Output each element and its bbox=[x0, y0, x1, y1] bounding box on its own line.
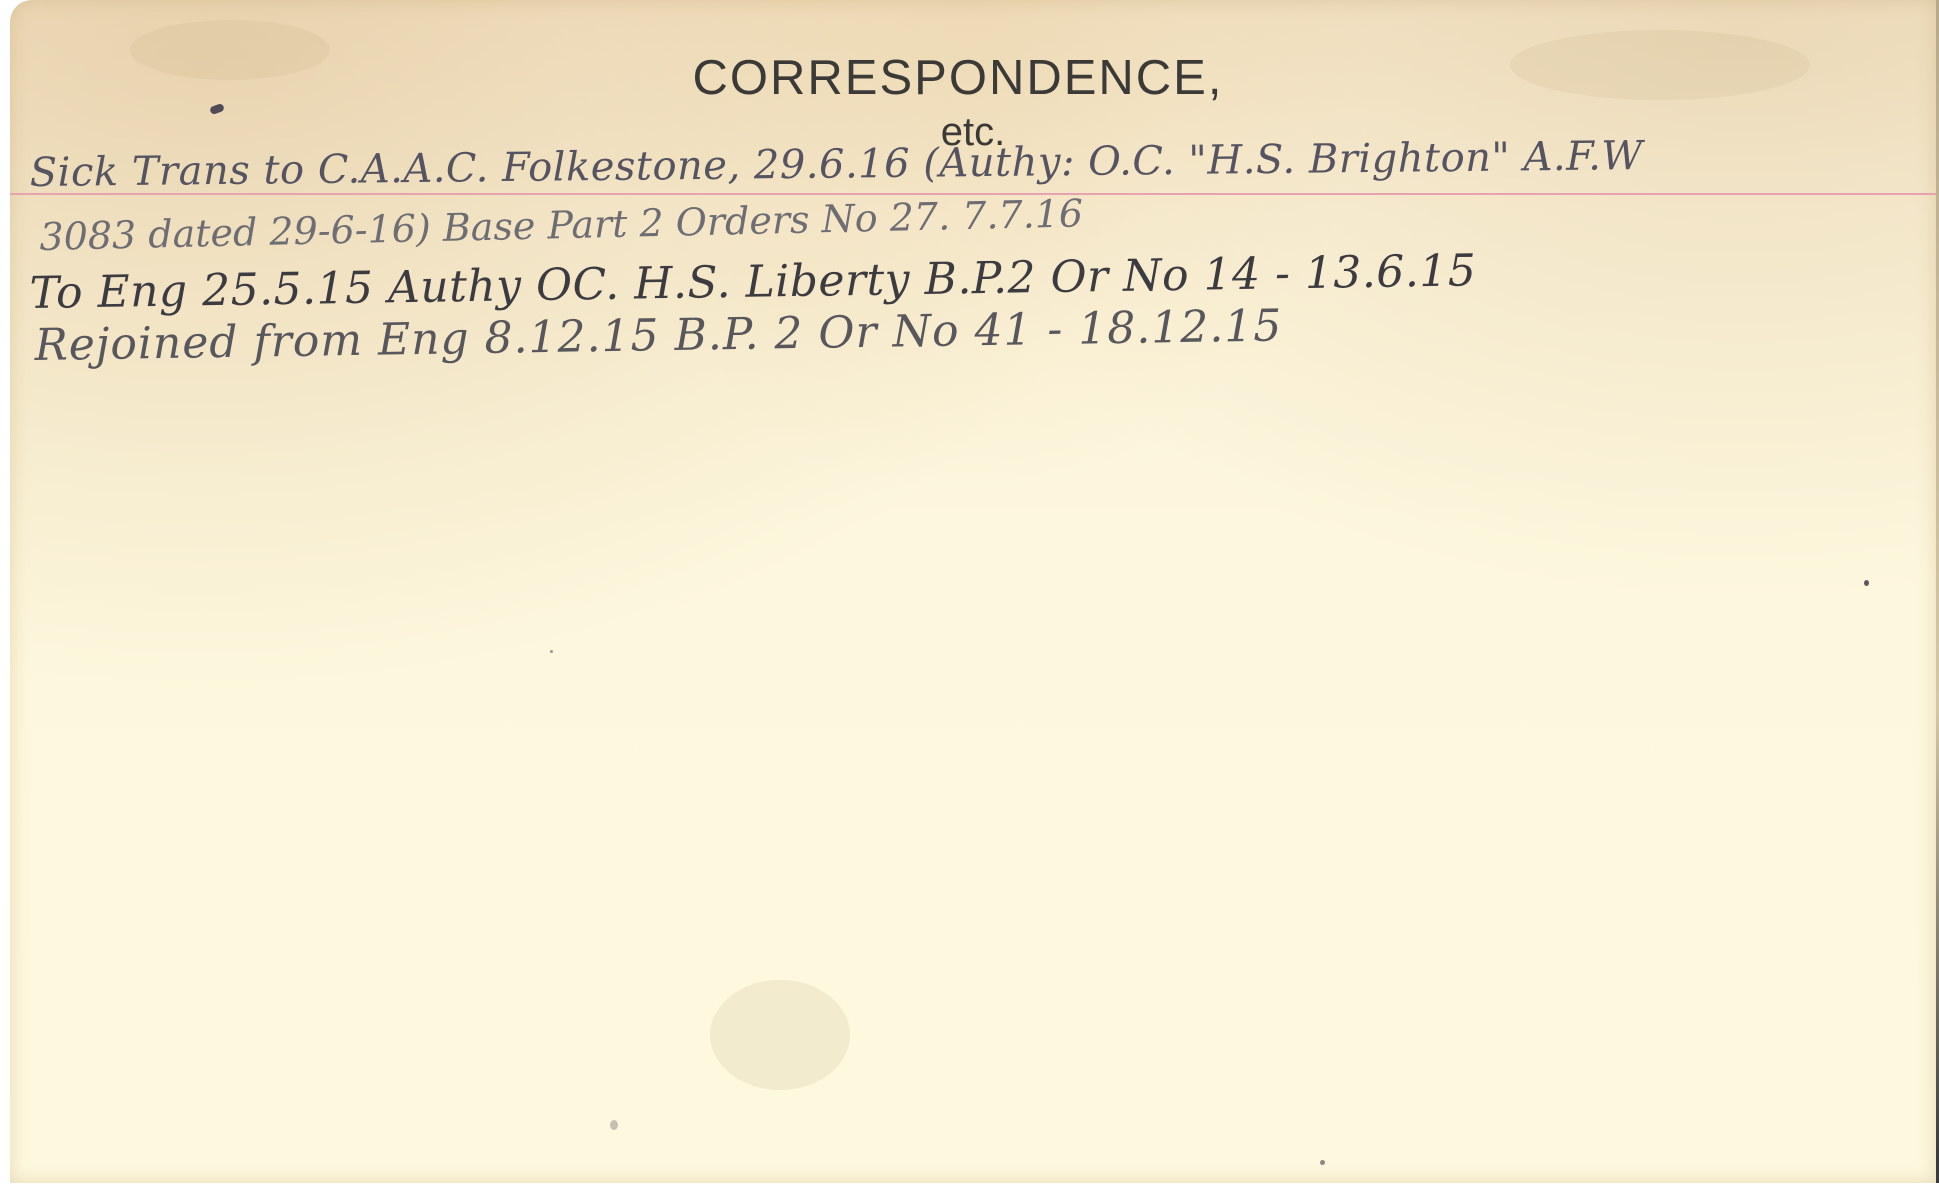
handwritten-entry-base-orders: 3083 dated 29-6-16) Base Part 2 Orders N… bbox=[39, 191, 1084, 259]
ink-speck bbox=[550, 650, 553, 653]
card-title: CORRESPONDENCE, bbox=[0, 50, 1921, 106]
correspondence-card: CORRESPONDENCE, etc. Sick Trans to C.A.A… bbox=[10, 0, 1936, 1183]
ink-speck bbox=[1320, 1160, 1325, 1165]
ink-speck bbox=[1864, 580, 1869, 586]
paper-stain bbox=[710, 980, 850, 1090]
ink-speck bbox=[610, 1120, 618, 1130]
